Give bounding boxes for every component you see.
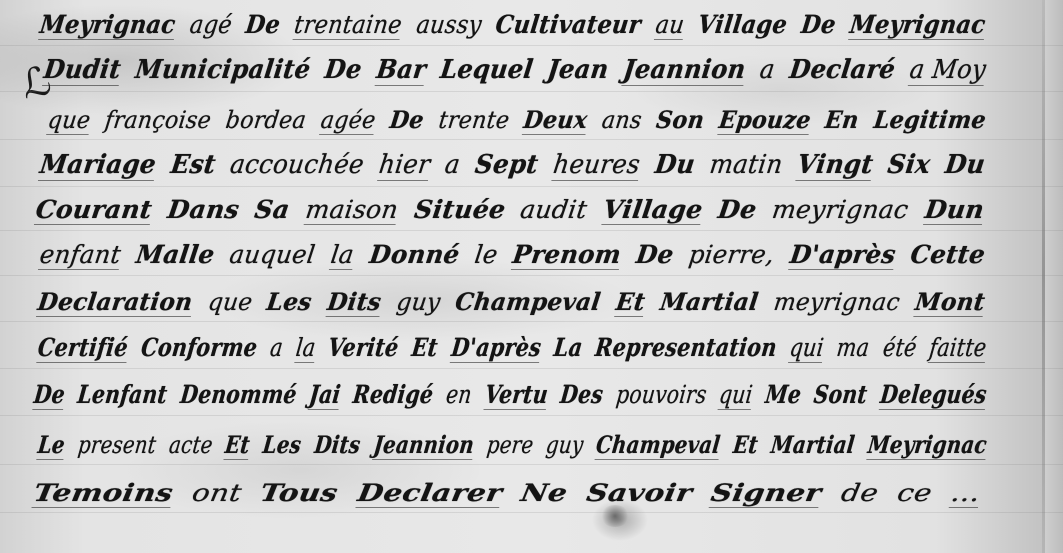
word: De [800,10,838,39]
word: Est [169,150,218,180]
word: Jeannion [372,430,476,460]
word: Savoir [584,478,694,507]
word: Declarer [355,478,504,508]
word: Et [614,287,647,317]
word: acte [167,431,214,459]
word: a Moy [908,55,988,86]
word: que [46,106,92,135]
word: Martial [658,287,760,316]
word: Ne [519,478,570,507]
ruling-line [0,139,1063,140]
ink-smudge [600,505,630,527]
word: a [758,55,777,85]
word: faitte [928,333,988,363]
word: Vingt [795,150,875,181]
ruling-line [0,91,1063,92]
word: Village [601,195,704,225]
word: françoise [103,106,213,134]
word: Champeval [595,430,722,460]
word: Jeannion [622,55,748,86]
word: Et [732,430,760,459]
word: meyrignac [772,288,902,316]
word: qui [718,380,755,410]
word: agée [319,106,377,135]
word: De [32,380,66,410]
word: a [268,333,284,362]
document-scan: ℒ MeyrignacagéDetrentaineaussyCultivateu… [0,0,1063,553]
ruling-line [0,464,1063,465]
word: Sept [473,150,540,180]
word: Tous [259,478,341,507]
ruling-line [0,321,1063,322]
word: Certifié [36,333,129,363]
word: De [323,55,364,85]
word: trentaine [293,10,404,40]
word: matin [707,150,784,180]
ruling-line [0,186,1063,187]
word: Municipalité [134,55,313,85]
word: Le [36,430,66,460]
word: Son [655,105,706,134]
ruling-line [0,275,1063,276]
word: Temoins [31,478,175,508]
word: meyrignac [771,195,911,224]
text-line: MeyrignacagéDetrentaineaussyCultivateura… [40,10,1000,40]
text-line: enfantMalleauquellaDonnélePrenomDepierre… [40,240,1001,270]
word: Dudit [42,55,123,86]
text-line: DeLenfantDenomméJaiRedigéenVertuDespouvo… [34,380,1000,410]
word: Située [412,195,507,224]
text-line: CourantDansSamaisonSituéeauditVillageDem… [36,195,1000,225]
word: enfant [38,240,123,270]
page-edge-shadow [1045,0,1063,553]
word: Six [886,150,932,180]
word: ma [836,333,872,362]
word: Conforme [139,333,258,362]
word: D'après [449,333,542,363]
word: au [654,10,686,40]
ruling-line [0,230,1063,231]
word: Sont [813,380,869,409]
word: Meyrignac [849,10,988,40]
word: Prenom [511,240,623,270]
word: De [716,195,758,224]
word: Delegués [879,380,989,410]
word: Les [265,287,314,316]
word: de [839,479,881,507]
word: La [552,333,584,362]
word: trente [437,106,511,134]
text-line: CertifiéConformealaVeritéEtD'aprèsLaRepr… [38,333,1000,363]
word: pouvoirs [615,380,709,409]
word: Mont [913,287,987,317]
word: Dits [313,430,362,459]
word: present [76,431,157,459]
word: Me [764,380,803,409]
word: guy [545,431,585,459]
word: la [329,240,356,270]
word: maison [304,195,401,225]
word: bordea [224,106,308,134]
word: heures [551,150,642,181]
word: Et [224,430,252,460]
word: que [206,288,254,316]
word: Jai [308,380,343,410]
word: Mariage [38,150,158,181]
word: en [445,380,474,409]
word: Legitime [872,105,988,134]
word: Du [943,150,987,180]
word: Dans [166,195,241,224]
word: Village [696,10,789,39]
word: Epouze [717,105,812,135]
word: auquel [228,240,317,269]
word: Malle [134,240,216,269]
word: Donné [367,240,461,269]
word: Dits [326,287,384,317]
word: Courant [34,195,154,225]
text-line: MariageEstaccouchéehieraSeptheuresDumati… [40,150,1000,181]
word: Verité [327,333,401,362]
word: Meyrignac [38,10,177,40]
word: Redigé [352,380,435,409]
word: De [244,10,282,39]
text-line: quefrançoisebordeaagéeDetrenteDeuxansSon… [48,105,1000,135]
word: De [388,105,426,134]
word: ce [895,479,934,507]
word: aussy [415,10,484,39]
word: hier [377,150,432,181]
word: le [473,240,500,269]
text-line: DeclarationqueLesDitsguyChampevalEtMarti… [38,287,1000,317]
text-line: DuditMunicipalitéDeBarLequelJeanJeannion… [44,55,1001,86]
word: En [824,105,861,134]
word: Declaration [36,287,194,317]
word: Et [410,333,439,362]
ruling-line [0,368,1063,369]
word: Denommé [179,380,298,409]
ruling-line [0,415,1063,416]
word: Representation [594,333,779,362]
word: Lenfant [76,380,169,409]
word: Cette [909,240,987,269]
word: Des [559,380,605,409]
word: Meyrignac [866,430,988,460]
word: Cultivateur [494,10,643,39]
word: Vertu [483,380,549,410]
word: Declaré [788,55,897,85]
word: a [443,150,462,180]
word: Champeval [454,287,603,316]
word: ... [949,479,983,508]
word: pierre, [687,240,776,269]
text-line: TemoinsontTousDeclarerNeSavoirSignerdece… [34,478,1000,508]
word: De [634,240,675,269]
word: été [881,333,918,362]
word: ont [190,479,244,507]
word: Jean [546,55,611,85]
word: Du [653,150,697,180]
word: Lequel [439,55,535,85]
text-line: LepresentacteEtLesDitsJeannionpereguyCha… [38,430,1000,460]
word: Dun [923,195,986,225]
word: Signer [709,478,824,508]
word: accouchée [229,150,367,180]
ruling-line [0,512,1063,513]
ruling-line [0,45,1063,46]
word: agé [188,10,234,39]
word: audit [519,195,590,224]
word: qui [788,333,825,363]
word: la [294,333,317,363]
word: guy [395,288,442,316]
word: pere [485,431,535,459]
word: Deux [522,105,590,135]
word: D'après [788,240,897,270]
page-fold-line [1042,0,1045,553]
word: Les [262,430,304,459]
word: Bar [374,55,427,86]
word: ans [601,106,644,134]
word: Sa [253,195,292,224]
word: Martial [770,430,857,459]
